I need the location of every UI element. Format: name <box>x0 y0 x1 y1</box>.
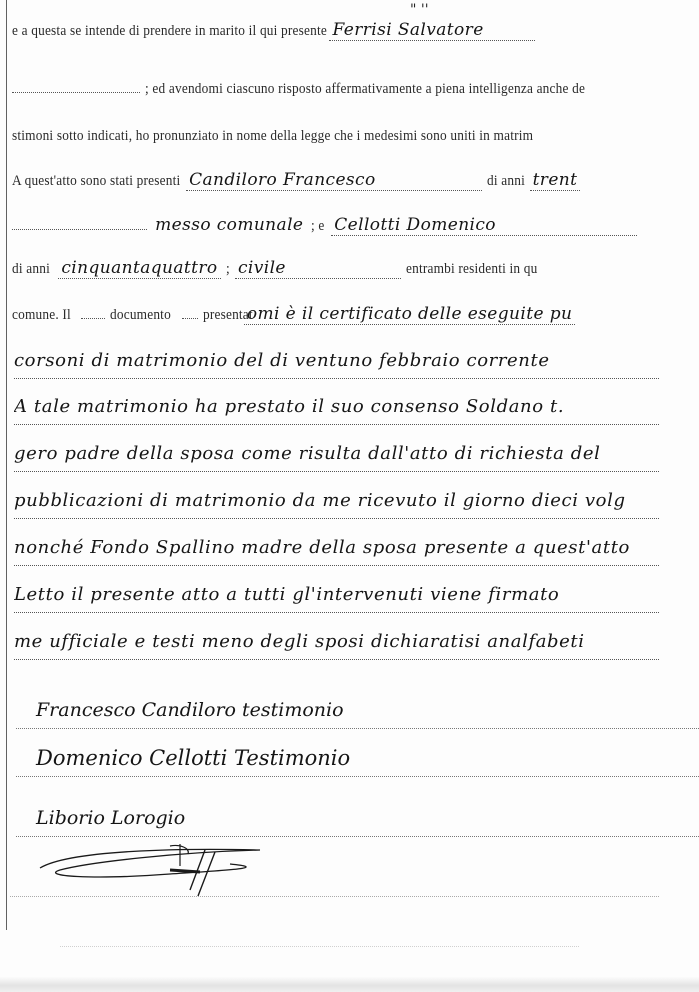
blank-field <box>12 78 140 93</box>
printed-text: ; <box>226 261 230 278</box>
signature-witness-1: Francesco Candiloro testimonio <box>16 692 699 729</box>
printed-text: e a questa se intende di prendere in mar… <box>12 23 327 40</box>
blank-signature-line <box>10 896 659 897</box>
handwritten-line-2: A tale matrimonio ha prestato il suo con… <box>14 390 659 425</box>
handwritten-line-7: me ufficiale e testi meno degli sposi di… <box>14 625 659 660</box>
margin-rule <box>6 0 7 930</box>
printed-text: entrambi residenti in qu <box>406 261 537 278</box>
documents-presented: omi è il certificato delle eseguite pu <box>244 304 576 325</box>
witness-1-profession: messo comunale <box>152 215 306 235</box>
record-line-2: ; ed avendomi ciascuno risposto affermat… <box>12 78 699 104</box>
groom-name: Ferrisi Salvatore <box>329 20 535 41</box>
blank-field <box>81 304 105 319</box>
document-page: " '' e a questa se intende di prendere i… <box>0 0 699 992</box>
scan-edge <box>0 976 699 992</box>
witness-2-name: Cellotti Domenico <box>331 215 637 236</box>
signature-officer: Liborio Lorogio <box>16 800 699 837</box>
faint-printed-line <box>60 946 579 947</box>
printed-text: stimoni sotto indicati, ho pronunziato i… <box>12 128 533 145</box>
printed-text: di anni <box>487 173 525 190</box>
printed-text: comune. Il <box>12 307 71 324</box>
printed-text: documento <box>110 307 171 324</box>
handwritten-line-3: gero padre della sposa come risulta dall… <box>14 437 659 472</box>
printed-text: ; ed avendomi ciascuno risposto affermat… <box>145 81 585 98</box>
printed-text: di anni <box>12 261 50 278</box>
handwritten-line-6: Letto il presente atto a tutti gl'interv… <box>14 578 659 613</box>
printed-text: presentat <box>203 307 253 324</box>
blank-field <box>12 215 147 230</box>
top-marks: " '' <box>410 2 429 18</box>
printed-text: A quest'atto sono stati presenti <box>12 173 180 190</box>
witness-2-profession: civile <box>235 258 401 279</box>
printed-text: ; e <box>311 218 325 235</box>
record-line-3: stimoni sotto indicati, ho pronunziato i… <box>12 125 699 151</box>
record-line-4: A quest'atto sono stati presenti Candilo… <box>12 170 699 196</box>
record-line-6: di anni cinquantaquattro ; civile entram… <box>12 258 699 284</box>
witness-1-age: trent <box>530 170 581 191</box>
handwritten-line-5: nonché Fondo Spallino madre della sposa … <box>14 531 659 566</box>
record-line-7: comune. Il documento presentat omi è il … <box>12 304 699 334</box>
record-line-5: messo comunale ; e Cellotti Domenico <box>12 215 699 241</box>
signature-flourish-icon <box>30 840 330 900</box>
witness-1-name: Candiloro Francesco <box>186 170 482 191</box>
witness-2-age: cinquantaquattro <box>58 258 220 279</box>
signature-witness-2: Domenico Cellotti Testimonio <box>16 740 699 777</box>
blank-field <box>182 304 198 319</box>
record-line-1: e a questa se intende di prendere in mar… <box>12 20 699 46</box>
handwritten-line-1: corsoni di matrimonio del di ventuno feb… <box>14 344 659 379</box>
handwritten-line-4: pubblicazioni di matrimonio da me ricevu… <box>14 484 659 519</box>
